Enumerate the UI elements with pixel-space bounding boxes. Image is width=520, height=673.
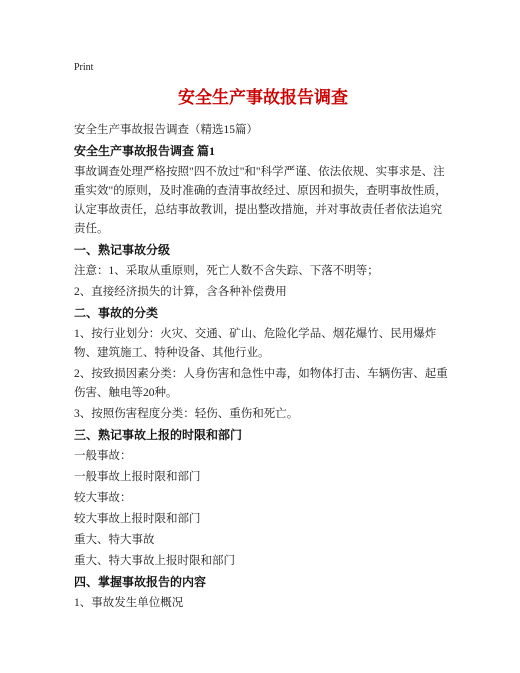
- body-paragraph: 一般事故上报时限和部门: [74, 468, 452, 487]
- body-paragraph: 一般事故：: [74, 447, 452, 466]
- article-subtitle: 安全生产事故报告调查（精选15篇）: [74, 121, 452, 140]
- section-heading: 三、熟记事故上报的时限和部门: [74, 426, 452, 445]
- document-page: Print 安全生产事故报告调查 安全生产事故报告调查（精选15篇） 安全生产事…: [0, 0, 520, 673]
- body-paragraph: 2、按致损因素分类：人身伤害和急性中毒，如物体打击、车辆伤害、起重伤害、触电等2…: [74, 365, 452, 403]
- section-heading: 四、掌握事故报告的内容: [74, 573, 452, 592]
- section-heading: 二、事故的分类: [74, 304, 452, 323]
- body-paragraph: 2、直接经济损失的计算，含各种补偿费用: [74, 283, 452, 302]
- body-paragraph: 重大、特大事故上报时限和部门: [74, 552, 452, 571]
- body-paragraph: 注意：1、采取从重原则，死亡人数不含失踪、下落不明等；: [74, 262, 452, 281]
- body-paragraph: 重大、特大事故: [74, 531, 452, 550]
- body-paragraph: 3、按照伤害程度分类：轻伤、重伤和死亡。: [74, 405, 452, 424]
- body-paragraph: 较大事故：: [74, 489, 452, 508]
- page-title: 安全生产事故报告调查: [74, 88, 452, 108]
- section-heading: 安全生产事故报告调查 篇1: [74, 142, 452, 161]
- body-paragraph: 1、按行业划分：火灾、交通、矿山、危险化学品、烟花爆竹、民用爆炸物、建筑施工、特…: [74, 325, 452, 363]
- body-paragraph: 较大事故上报时限和部门: [74, 510, 452, 529]
- section-heading: 一、熟记事故分级: [74, 241, 452, 260]
- article-blocks: 安全生产事故报告调查 篇1事故调查处理严格按照"四不放过"和"科学严谨、依法依规…: [74, 142, 452, 613]
- print-button[interactable]: Print: [74, 61, 93, 74]
- body-paragraph: 事故调查处理严格按照"四不放过"和"科学严谨、依法依规、实事求是、注重实效"的原…: [74, 163, 452, 239]
- body-paragraph: 1、事故发生单位概况: [74, 594, 452, 613]
